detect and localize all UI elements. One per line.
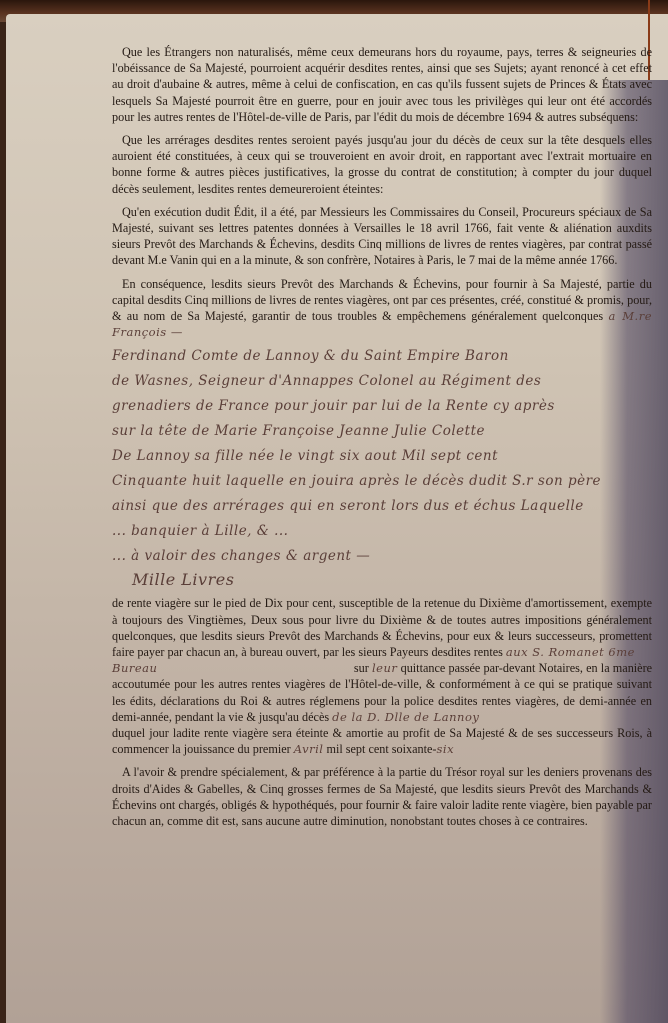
rente-printed-4: mil sept cent soixante- bbox=[326, 742, 436, 756]
paragraph-rente-viagere: de rente viagère sur le pied de Dix pour… bbox=[112, 595, 652, 757]
handwritten-line: de Wasnes, Seigneur d'Annappes Colonel a… bbox=[112, 369, 652, 394]
paragraph-execution-edit: Qu'en exécution dudit Édit, il a été, pa… bbox=[112, 204, 652, 269]
paragraph-consequence: En conséquence, lesdits sieurs Prevôt de… bbox=[112, 276, 652, 341]
handwritten-line: De Lannoy sa fille née le vingt six aout… bbox=[112, 444, 652, 469]
handwritten-payeur: aux S. Romanet 6me bbox=[506, 645, 635, 659]
handwritten-bureau: Bureau bbox=[112, 661, 157, 675]
handwritten-sur: leur bbox=[372, 661, 397, 675]
handwritten-line: grenadiers de France pour jouir par lui … bbox=[112, 394, 652, 419]
paragraph-arrerages: Que les arrérages desdites rentes seroie… bbox=[112, 132, 652, 197]
handwritten-line: ... à valoir des changes & argent — bbox=[112, 544, 652, 569]
handwritten-amount: Mille Livres bbox=[132, 569, 652, 591]
sur-label: sur bbox=[354, 661, 369, 675]
paragraph-avoir-prendre: A l'avoir & prendre spécialement, & par … bbox=[112, 764, 652, 829]
handwritten-line: ainsi que des arrérages qui en seront lo… bbox=[112, 494, 652, 519]
paragraph-etrangers: Que les Étrangers non naturalisés, même … bbox=[112, 44, 652, 125]
handwritten-deces: de la D. Dlle de Lannoy bbox=[332, 710, 479, 724]
handwritten-month: Avril bbox=[294, 742, 324, 756]
consequence-printed: En conséquence, lesdits sieurs Prevôt de… bbox=[112, 277, 652, 323]
handwritten-section: Ferdinand Comte de Lannoy & du Saint Emp… bbox=[112, 344, 652, 591]
handwritten-line: Ferdinand Comte de Lannoy & du Saint Emp… bbox=[112, 344, 652, 369]
handwritten-line: sur la tête de Marie Françoise Jeanne Ju… bbox=[112, 419, 652, 444]
handwritten-year: six bbox=[436, 742, 454, 756]
handwritten-line: Cinquante huit laquelle en jouira après … bbox=[112, 469, 652, 494]
document-body: Que les Étrangers non naturalisés, même … bbox=[112, 44, 652, 836]
handwritten-line: ... banquier à Lille, & ... bbox=[112, 519, 652, 544]
